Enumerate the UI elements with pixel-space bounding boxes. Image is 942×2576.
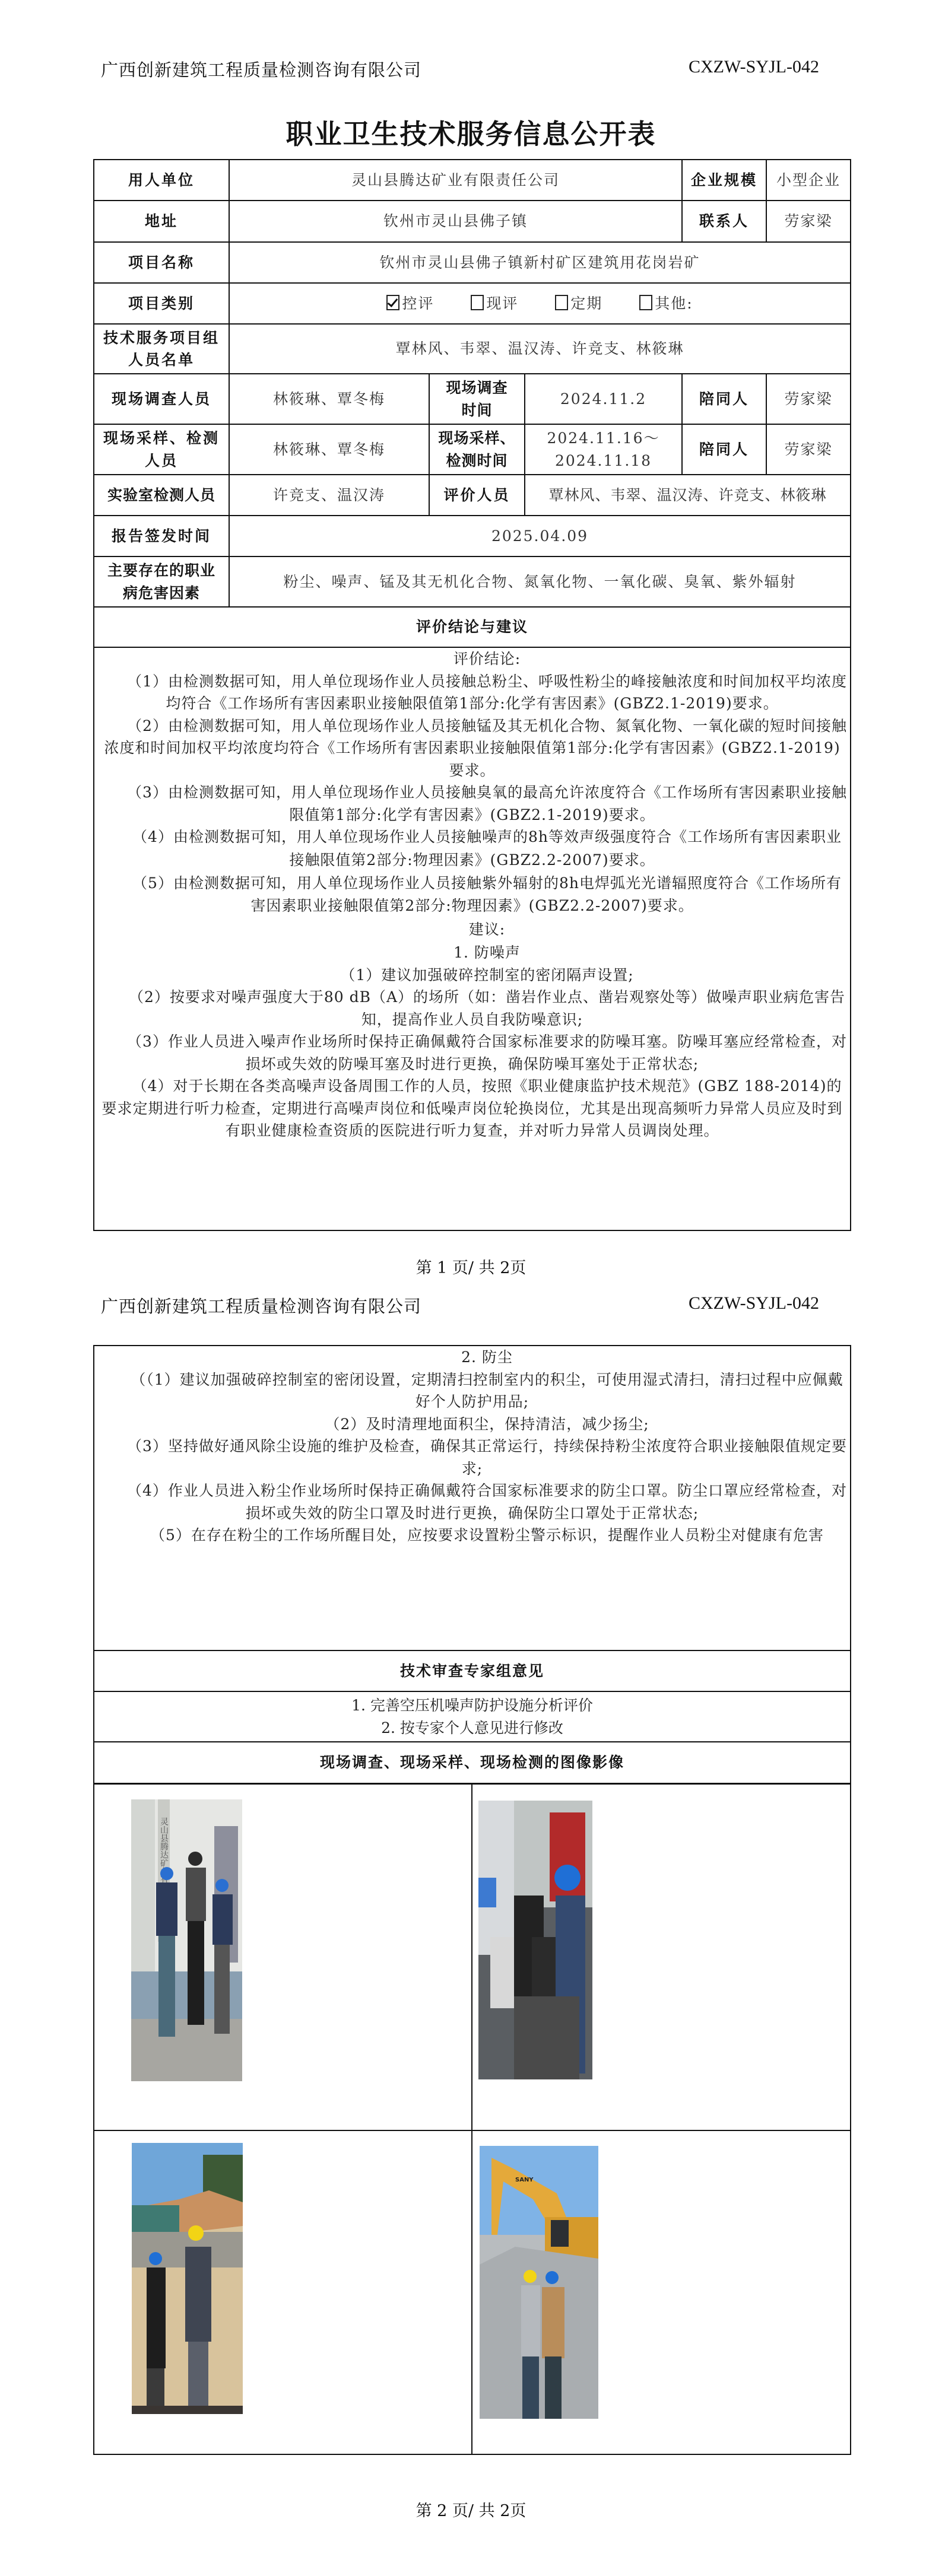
sampling-time-label: 现场采样、检测时间 xyxy=(429,424,525,475)
suggestion-heading: 建议: xyxy=(126,918,848,942)
team-label: 技术服务项目组人员名单 xyxy=(94,324,229,374)
address-value: 钦州市灵山县佛子镇 xyxy=(229,201,682,242)
lab-staff-value: 许竞支、温汉涛 xyxy=(229,475,429,516)
page1-header-code: CXZW-SYJL-042 xyxy=(689,57,819,77)
dust-heading: 2. 防尘 xyxy=(126,1346,848,1369)
dust-suggestions: 2. 防尘 （（1）建议加强破碎控制室的密闭设置，定期清扫控制室内的积尘，可使用… xyxy=(94,1346,851,1650)
info-table: 用人单位 灵山县腾达矿业有限责任公司 企业规模 小型企业 地址 钦州市灵山县佛子… xyxy=(93,159,851,1231)
photo-cell-2 xyxy=(472,1783,851,2130)
expert-opinion-item: 1. 完善空压机噪声防护设施分析评价 xyxy=(97,1694,848,1717)
scale-label: 企业规模 xyxy=(682,160,766,201)
sampling-staff-label: 现场采样、检测人员 xyxy=(94,424,229,475)
checkbox-unchecked-icon xyxy=(555,295,568,310)
scale-value: 小型企业 xyxy=(766,160,851,201)
dust-item: （2）及时清理地面积尘，保持清洁，减少扬尘; xyxy=(97,1413,848,1436)
images-section-title: 现场调查、现场采样、现场检测的图像影像 xyxy=(94,1742,851,1783)
photo-control-room-noise-measurement xyxy=(478,1801,592,2079)
contact-value: 劳家梁 xyxy=(766,201,851,242)
sampling-staff-value: 林筱琳、覃冬梅 xyxy=(229,424,429,475)
document-title: 职业卫生技术服务信息公开表 xyxy=(0,113,942,152)
dust-item: （4）作业人员进入粉尘作业场所时保持正确佩戴符合国家标准要求的防尘口罩。防尘口罩… xyxy=(97,1480,848,1524)
project-type-options: 控评 现评 定期 其他: xyxy=(229,283,851,324)
issue-date-label: 报告签发时间 xyxy=(94,516,229,556)
escort-label: 陪同人 xyxy=(682,374,766,424)
survey-time-label: 现场调查时间 xyxy=(429,374,525,424)
noise-item: （4）对于长期在各类高噪声设备周围工作的人员，按照《职业健康监护技术规范》(GB… xyxy=(97,1075,848,1142)
expert-section-title: 技术审查专家组意见 xyxy=(94,1650,851,1691)
photo-cell-3 xyxy=(94,2130,472,2454)
conclusion-item: （5）由检测数据可知，用人单位现场作业人员接触紫外辐射的8h电焊弧光光谱辐照度符… xyxy=(97,872,848,918)
conclusion-heading: 评价结论: xyxy=(126,648,848,670)
page2-footer-page-number: 第 2 页/ 共 2页 xyxy=(0,2498,942,2521)
noise-heading: 1. 防噪声 xyxy=(126,942,848,964)
project-type-option-control-eval[interactable]: 控评 xyxy=(386,292,434,315)
conclusion-body: 评价结论: （1）由检测数据可知，用人单位现场作业人员接触总粉尘、呼吸性粉尘的峰… xyxy=(94,647,851,1230)
survey-staff-value: 林筱琳、覃冬梅 xyxy=(229,374,429,424)
conclusion-item: （2）由检测数据可知，用人单位现场作业人员接触锰及其无机化合物、氮氧化物、一氧化… xyxy=(97,715,848,782)
page1-footer-page-number: 第 1 页/ 共 2页 xyxy=(0,1255,942,1278)
project-type-label: 项目类别 xyxy=(94,283,229,324)
project-type-option-current-eval[interactable]: 现评 xyxy=(471,292,518,315)
address-label: 地址 xyxy=(94,201,229,242)
noise-item: （2）按要求对噪声强度大于80 dB（A）的场所（如：凿岩作业点、凿岩观察处等）… xyxy=(97,986,848,1031)
project-type-option-other[interactable]: 其他: xyxy=(639,292,693,315)
project-type-option-periodic[interactable]: 定期 xyxy=(555,292,602,315)
escort2-value: 劳家梁 xyxy=(766,424,851,475)
evaluator-label: 评价人员 xyxy=(429,475,525,516)
survey-staff-label: 现场调查人员 xyxy=(94,374,229,424)
project-name-label: 项目名称 xyxy=(94,242,229,283)
page1-header-company: 广西创新建筑工程质量检测咨询有限公司 xyxy=(101,57,421,81)
photo-quarry-site-sampling xyxy=(132,2143,243,2414)
hazards-label: 主要存在的职业病危害因素 xyxy=(94,556,229,607)
page2-header-company: 广西创新建筑工程质量检测咨询有限公司 xyxy=(101,1293,421,1318)
hazards-value: 粉尘、噪声、锰及其无机化合物、氮氧化物、一氧化碳、臭氧、紫外辐射 xyxy=(229,556,851,607)
employer-label: 用人单位 xyxy=(94,160,229,201)
checkbox-unchecked-icon xyxy=(471,295,484,310)
conclusion-section-title: 评价结论与建议 xyxy=(94,607,851,647)
issue-date-value: 2025.04.09 xyxy=(229,516,851,556)
project-name-value: 钦州市灵山县佛子镇新村矿区建筑用花岗岩矿 xyxy=(229,242,851,283)
sampling-time-value: 2024.11.16～2024.11.18 xyxy=(525,424,682,475)
survey-time-value: 2024.11.2 xyxy=(525,374,682,424)
contact-label: 联系人 xyxy=(682,201,766,242)
svg-text:SANY: SANY xyxy=(515,2177,534,2183)
lab-staff-label: 实验室检测人员 xyxy=(94,475,229,516)
conclusion-item: （4）由检测数据可知，用人单位现场作业人员接触噪声的8h等效声级强度符合《工作场… xyxy=(97,826,848,872)
escort-value: 劳家梁 xyxy=(766,374,851,424)
noise-item: （1）建议加强破碎控制室的密闭隔声设置; xyxy=(97,964,848,987)
employer-value: 灵山县腾达矿业有限责任公司 xyxy=(229,160,682,201)
conclusion-item: （1）由检测数据可知，用人单位现场作业人员接触总粉尘、呼吸性粉尘的峰接触浓度和时… xyxy=(97,670,848,715)
evaluators-value: 覃林风、韦翠、温汉涛、许竞支、林筱琳 xyxy=(525,475,851,516)
conclusion-item: （3）由检测数据可知，用人单位现场作业人员接触臭氧的最高允许浓度符合《工作场所有… xyxy=(97,781,848,826)
dust-item: （3）坚持做好通风除尘设施的维护及检查，确保其正常运行，持续保持粉尘浓度符合职业… xyxy=(97,1435,848,1480)
expert-opinion-item: 2. 按专家个人意见进行修改 xyxy=(97,1717,848,1739)
noise-item: （3）作业人员进入噪声作业场所时保持正确佩戴符合国家标准要求的防噪耳塞。防噪耳塞… xyxy=(97,1031,848,1075)
dust-item: （5）在存在粉尘的工作场所醒目处，应按要求设置粉尘警示标识，提醒作业人员粉尘对健… xyxy=(97,1524,848,1547)
photo-excavator-site: SANY xyxy=(480,2146,598,2419)
checkbox-unchecked-icon xyxy=(639,295,652,310)
page2-table: 2. 防尘 （（1）建议加强破碎控制室的密闭设置，定期清扫控制室内的积尘，可使用… xyxy=(93,1345,851,2455)
checkbox-checked-icon xyxy=(386,295,399,310)
photo-cell-1: 灵山县腾达矿业有限责任公司 xyxy=(94,1783,472,2130)
team-value: 覃林风、韦翠、温汉涛、许竞支、林筱琳 xyxy=(229,324,851,374)
photo-cell-4: SANY xyxy=(472,2130,851,2454)
page2-header-code: CXZW-SYJL-042 xyxy=(689,1293,819,1314)
expert-opinions: 1. 完善空压机噪声防护设施分析评价 2. 按专家个人意见进行修改 xyxy=(94,1691,851,1742)
escort2-label: 陪同人 xyxy=(682,424,766,475)
photo-group-at-company-sign: 灵山县腾达矿业有限责任公司 xyxy=(131,1799,242,2081)
dust-item: （（1）建议加强破碎控制室的密闭设置，定期清扫控制室内的积尘，可使用湿式清扫，清… xyxy=(97,1369,848,1413)
